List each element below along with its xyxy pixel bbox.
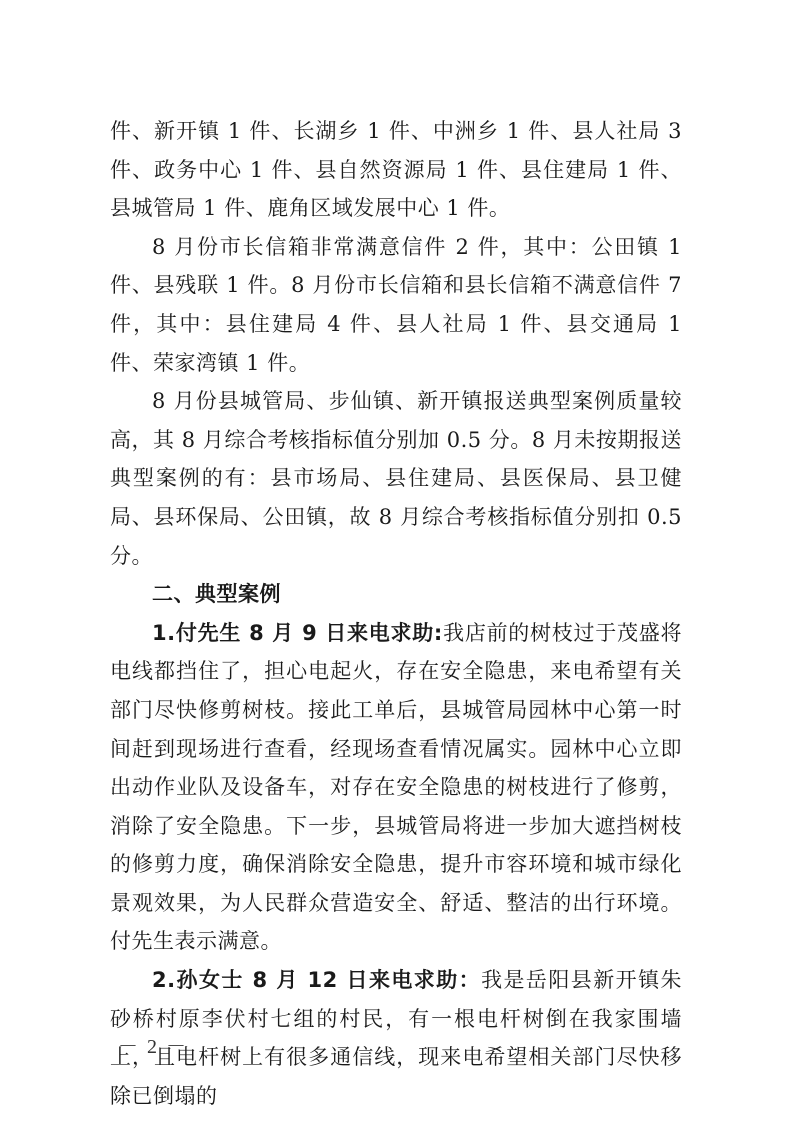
page-number: － 2 － xyxy=(118,1030,188,1059)
case-title: 2.孙女士 8 月 12 日来电求助： xyxy=(152,968,481,992)
paragraph-typical-case-scores: 8 月份县城管局、步仙镇、新开镇报送典型案例质量较高，其 8 月综合考核指标值分… xyxy=(110,382,682,575)
document-page: 件、新开镇 1 件、长湖乡 1 件、中洲乡 1 件、县人社局 3 件、政务中心 … xyxy=(110,112,682,1115)
case-body: 我店前的树枝过于茂盛将电线都挡住了，担心电起火，存在安全隐患，来电希望有关部门尽… xyxy=(110,621,682,954)
section-heading: 二、典型案例 xyxy=(110,575,682,614)
case-item-2: 2.孙女士 8 月 12 日来电求助：我是岳阳县新开镇朱砂桥村原李伏村七组的村民… xyxy=(110,961,682,1115)
paragraph-satisfaction-stats: 8 月份市长信箱非常满意信件 2 件，其中：公田镇 1 件、县残联 1 件。8 … xyxy=(110,228,682,382)
paragraph-complaint-list: 件、新开镇 1 件、长湖乡 1 件、中洲乡 1 件、县人社局 3 件、政务中心 … xyxy=(110,112,682,228)
case-item-1: 1.付先生 8 月 9 日来电求助:我店前的树枝过于茂盛将电线都挡住了，担心电起… xyxy=(110,614,682,961)
case-title: 1.付先生 8 月 9 日来电求助: xyxy=(152,621,443,645)
